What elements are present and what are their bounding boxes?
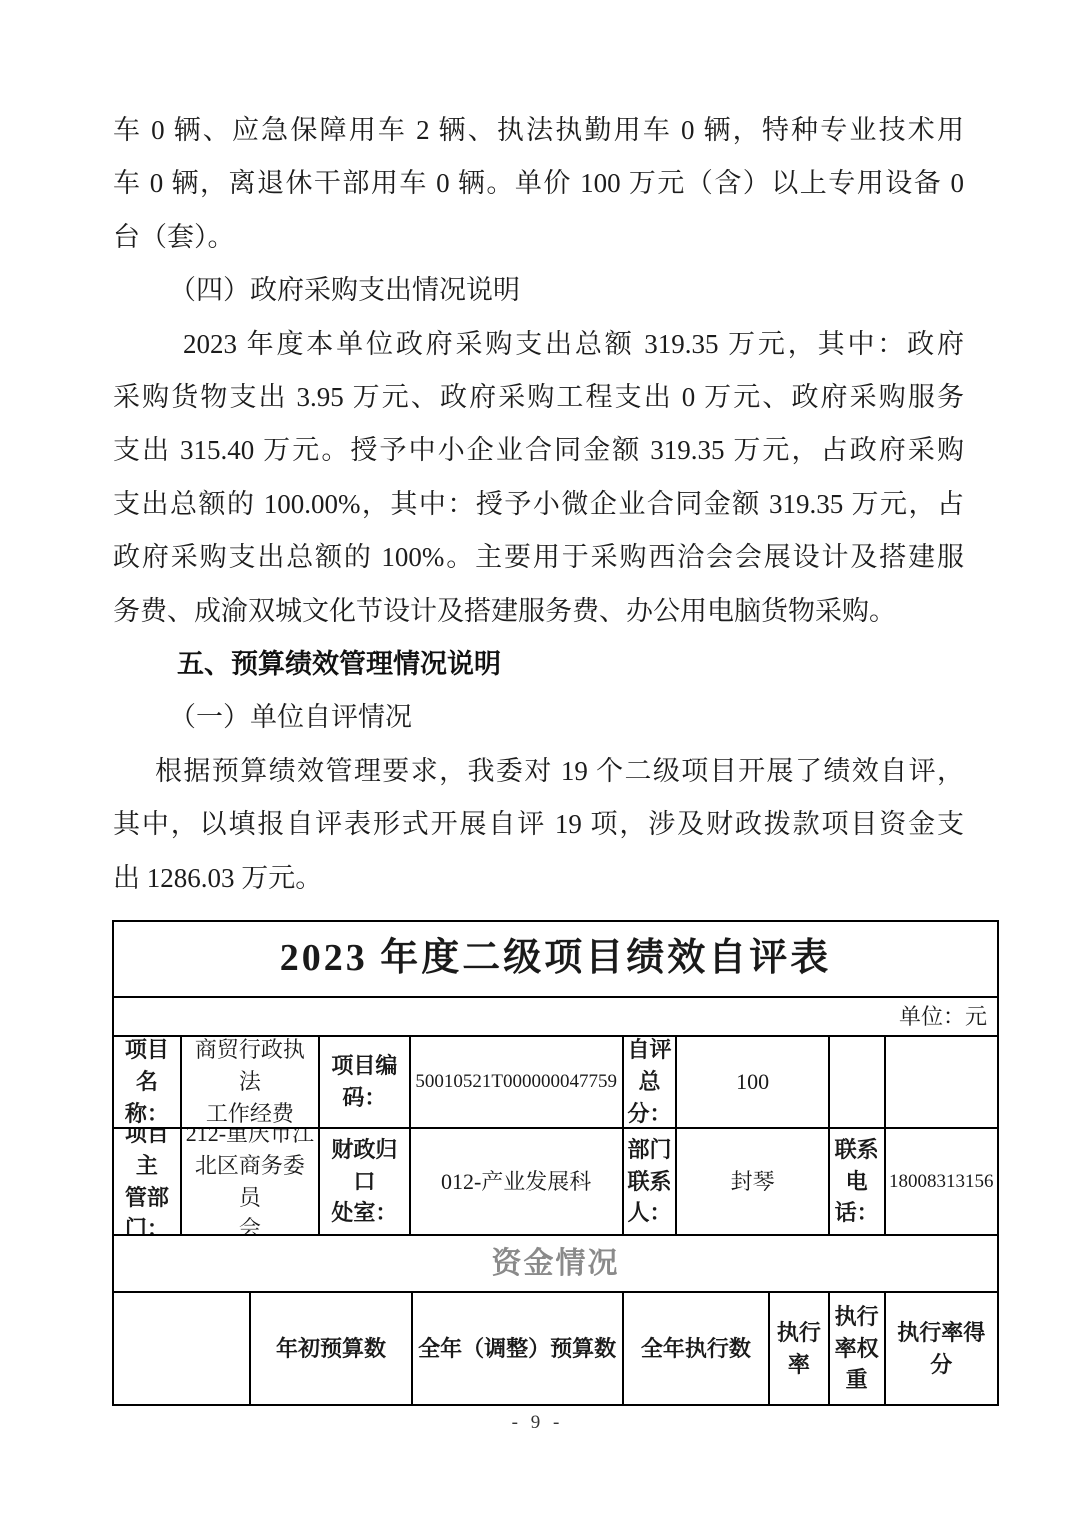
body-line: 其中，以填报自评表形式开展自评 19 项，涉及财政拨款项目资金支 — [113, 798, 964, 851]
contact-person-value: 封琴 — [675, 1129, 827, 1234]
unit-note-row: 单位：元 — [114, 996, 997, 1035]
finance-office-value: 012-产业发展科 — [409, 1129, 622, 1234]
body-line: 车 0 辆，离退休干部用车 0 辆。单价 100 万元（含）以上专用设备 0 — [113, 157, 964, 210]
body-line: 台（套）。 — [113, 211, 964, 264]
col-executed: 全年执行数 — [622, 1293, 768, 1404]
empty-cell — [828, 1037, 884, 1127]
section-heading-4: （四）政府采购支出情况说明 — [113, 264, 964, 317]
body-line: 2023 年度本单位政府采购支出总额 319.35 万元，其中：政府 — [113, 318, 964, 371]
body-line: 根据预算绩效管理要求，我委对 19 个二级项目开展了绩效自评， — [113, 745, 964, 798]
document-page: 车 0 辆、应急保障用车 2 辆、执法执勤用车 0 辆，特种专业技术用 车 0 … — [0, 0, 1075, 1520]
self-score-value: 100 — [675, 1037, 827, 1127]
project-name-label: 项目名 称： — [114, 1037, 180, 1127]
empty-cell — [884, 1037, 997, 1127]
funding-header-row: 年初预算数 全年（调整）预算数 全年执行数 执行 率 执行 率权 重 执行率得分 — [114, 1291, 997, 1404]
col-rate-weight: 执行 率权 重 — [828, 1293, 884, 1404]
unit-note: 单位：元 — [114, 998, 997, 1035]
section-heading-5: 五、预算绩效管理情况说明 — [113, 638, 964, 691]
col-execution-rate: 执行 率 — [768, 1293, 828, 1404]
self-score-label: 自评 总分： — [622, 1037, 676, 1127]
body-line: 务费、成渝双城文化节设计及搭建服务费、办公用电脑货物采购。 — [113, 585, 964, 638]
table-title-row: 2023 年度二级项目绩效自评表 — [114, 922, 997, 996]
empty-cell — [114, 1293, 249, 1404]
self-evaluation-table: 2023 年度二级项目绩效自评表 单位：元 项目名 称： 商贸行政执法 工作经费… — [112, 920, 999, 1406]
contact-phone-value: 18008313156 — [884, 1129, 997, 1234]
project-name-value: 商贸行政执法 工作经费 — [180, 1037, 318, 1127]
funding-section-header: 资金情况 — [114, 1236, 997, 1291]
body-line: 支出总额的 100.00%，其中：授予小微企业合同金额 319.35 万元，占 — [113, 478, 964, 531]
col-rate-score: 执行率得分 — [884, 1293, 997, 1404]
table-title: 2023 年度二级项目绩效自评表 — [114, 922, 997, 996]
body-line: 出 1286.03 万元。 — [113, 852, 964, 905]
body-line: 政府采购支出总额的 100%。主要用于采购西洽会会展设计及搭建服 — [113, 531, 964, 584]
project-code-value: 50010521T000000047759 — [409, 1037, 622, 1127]
funding-section-row: 资金情况 — [114, 1234, 997, 1291]
col-adjusted-budget: 全年（调整）预算数 — [411, 1293, 622, 1404]
body-line: 支出 315.40 万元。授予中小企业合同金额 319.35 万元，占政府采购 — [113, 424, 964, 477]
page-number: - 9 - — [0, 1412, 1075, 1434]
body-line: 车 0 辆、应急保障用车 2 辆、执法执勤用车 0 辆，特种专业技术用 — [113, 104, 964, 157]
department-value: 212-重庆市江 北区商务委员 会 — [180, 1129, 318, 1234]
subsection-heading-1: （一）单位自评情况 — [113, 691, 964, 744]
contact-person-label: 部门 联系 人： — [622, 1129, 676, 1234]
department-label: 项目主 管部 门： — [114, 1129, 180, 1234]
body-text: 车 0 辆、应急保障用车 2 辆、执法执勤用车 0 辆，特种专业技术用 车 0 … — [113, 104, 964, 905]
col-initial-budget: 年初预算数 — [249, 1293, 410, 1404]
project-code-label: 项目编 码： — [318, 1037, 409, 1127]
finance-office-label: 财政归口 处室： — [318, 1129, 409, 1234]
contact-phone-label: 联系 电话： — [828, 1129, 884, 1234]
department-row: 项目主 管部 门： 212-重庆市江 北区商务委员 会 财政归口 处室： 012… — [114, 1127, 997, 1234]
body-line: 采购货物支出 3.95 万元、政府采购工程支出 0 万元、政府采购服务 — [113, 371, 964, 424]
project-name-row: 项目名 称： 商贸行政执法 工作经费 项目编 码： 50010521T00000… — [114, 1035, 997, 1127]
